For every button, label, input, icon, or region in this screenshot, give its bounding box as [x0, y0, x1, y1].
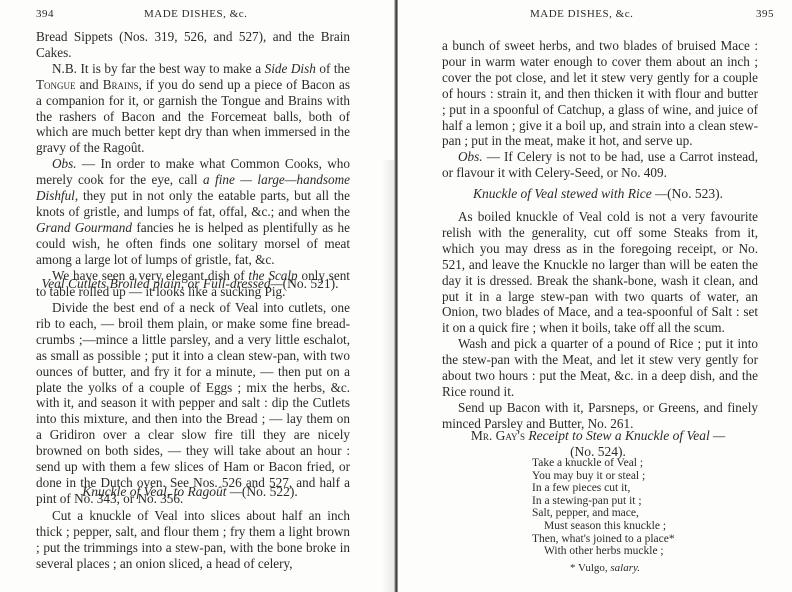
footnote: * Vulgo, salary.	[570, 562, 640, 574]
verse-line: In a stewing-pan put it ;	[532, 495, 675, 508]
recipe-heading-523: Knuckle of Veal stewed with Rice —(No. 5…	[428, 186, 768, 202]
paragraph-obs: Obs. — If Celery is not to be had, use a…	[442, 149, 758, 181]
recipe-heading-522: Knuckle of Veal, to Ragoût —(No. 522).	[20, 484, 360, 500]
left-page: 394 MADE DISHES, &c. Bread Sippets (Nos.…	[0, 0, 396, 592]
verse-line: Then, what's joined to a place*	[532, 533, 675, 546]
paragraph: Bread Sippets (Nos. 319, 526, and 527), …	[36, 29, 350, 61]
continuation-text: a bunch of sweet herbs, and two blades o…	[442, 38, 758, 181]
book-spread: 394 MADE DISHES, &c. Bread Sippets (Nos.…	[0, 0, 792, 592]
page-number: 394	[36, 8, 54, 22]
verse-block: Take a knuckle of Veal ; You may buy it …	[532, 457, 675, 558]
recipe-heading-521: Veal Cutlets Broiled plain, or Full-dres…	[20, 276, 360, 292]
recipe-heading-524: Mr. Gay's Receipt to Stew a Knuckle of V…	[438, 428, 758, 460]
verse-line: In a few pieces cut it,	[532, 482, 675, 495]
verse-line: With other herbs muckle ;	[532, 545, 675, 558]
intro-text: Bread Sippets (Nos. 319, 526, and 527), …	[36, 29, 350, 299]
running-head: MADE DISHES, &c.	[144, 8, 247, 22]
paragraph-nb: N.B. It is by far the best way to make a…	[36, 61, 350, 156]
right-page: MADE DISHES, &c. 395 a bunch of sweet he…	[398, 0, 792, 592]
recipe-text-523: As boiled knuckle of Veal cold is not a …	[442, 209, 758, 432]
recipe-text-521: Divide the best end of a neck of Veal in…	[36, 300, 350, 507]
page-number: 395	[756, 8, 774, 22]
verse-line: Take a knuckle of Veal ;	[532, 457, 675, 470]
running-head: MADE DISHES, &c.	[530, 8, 633, 22]
gutter-shadow	[382, 160, 394, 592]
verse-line: Must season this knuckle ;	[532, 520, 675, 533]
verse-line: Salt, pepper, and mace,	[532, 507, 675, 520]
verse-line: You may buy it or steal ;	[532, 470, 675, 483]
recipe-text-522: Cut a knuckle of Veal into slices about …	[36, 508, 350, 572]
paragraph-obs: Obs. — In order to make what Common Cook…	[36, 156, 350, 267]
